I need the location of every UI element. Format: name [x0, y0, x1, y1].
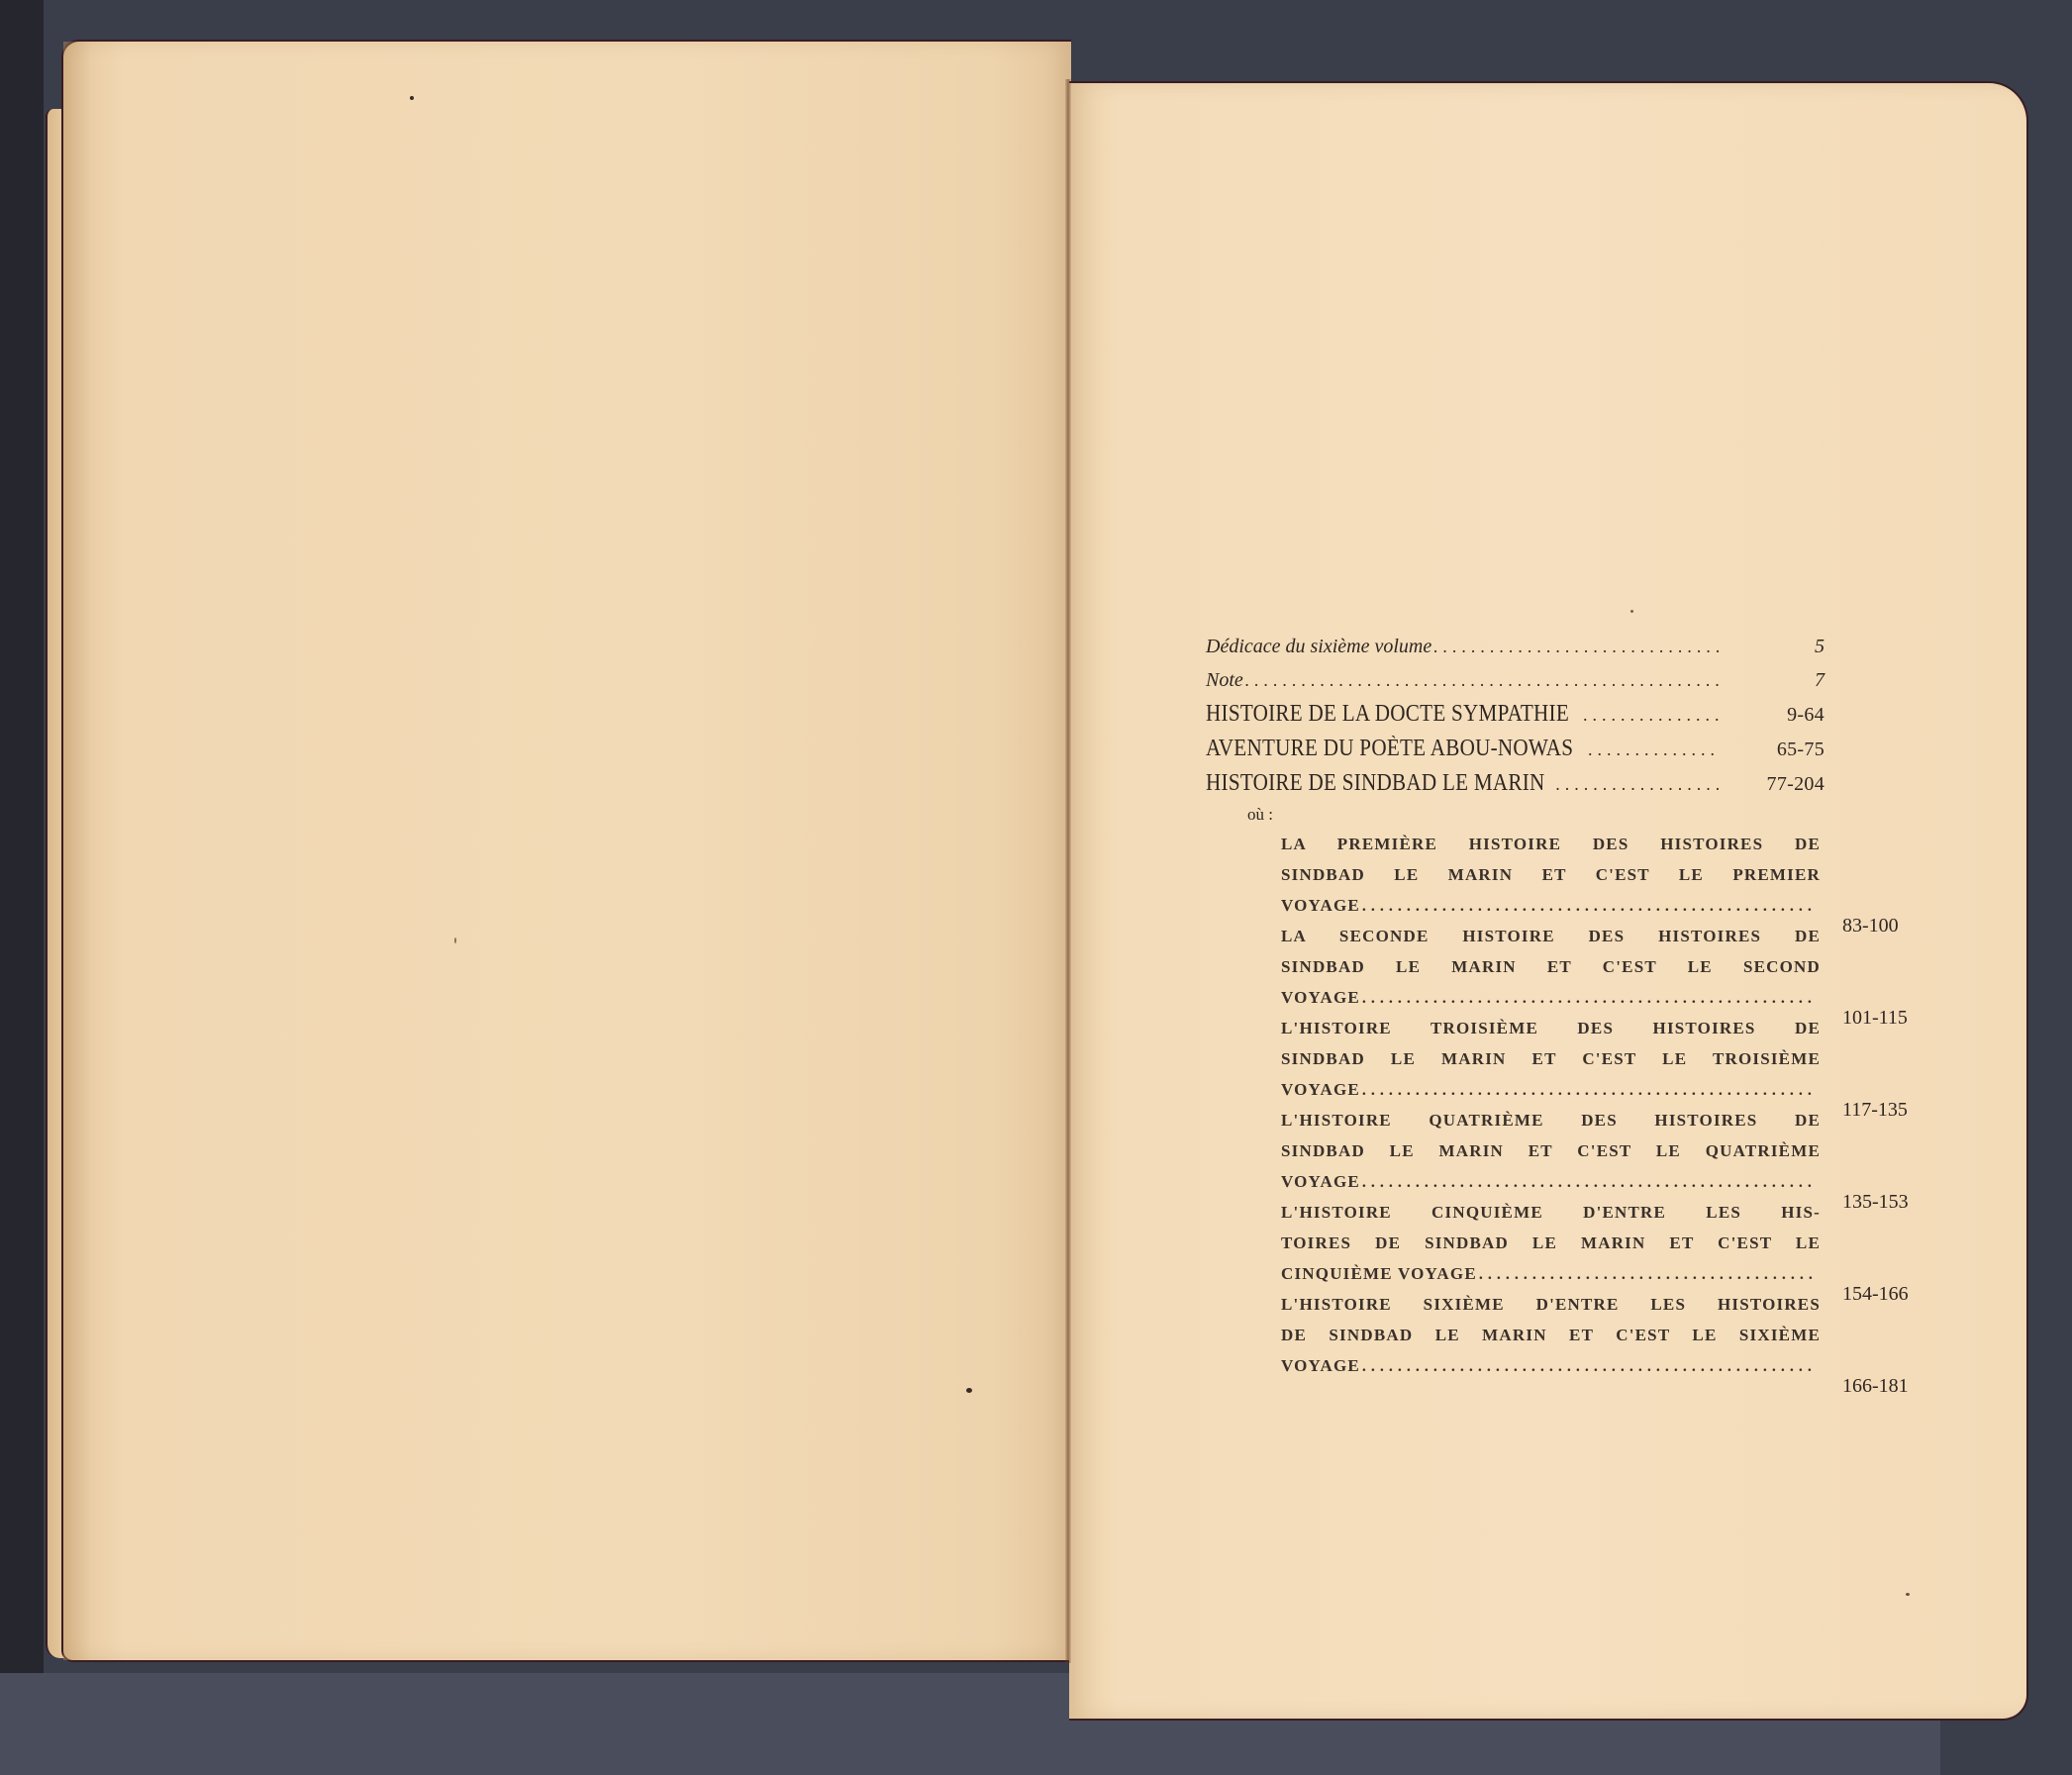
toc-entry: HISTOIRE DE SINDBAD LE MARIN ...........… — [1206, 766, 1825, 801]
toc-sub-line: L'HISTOIRE QUATRIÈME DES HISTOIRES DE — [1281, 1105, 1821, 1135]
toc-sub-line: LA PREMIÈRE HISTOIRE DES HISTOIRES DE — [1281, 829, 1821, 859]
dot-leader: ........................................… — [1245, 671, 1720, 689]
paper-speck — [1906, 1593, 1910, 1596]
book-gutter — [1065, 79, 1071, 1663]
toc-sub-line: DE SINDBAD LE MARIN ET C'EST LE SIXIÈME — [1281, 1320, 1821, 1350]
toc-sub-last-text: VOYAGE — [1281, 982, 1360, 1013]
toc-sub-pages: 154-166 — [1842, 1279, 1909, 1310]
toc-sub-last-line: VOYAGE .................................… — [1281, 982, 1821, 1013]
toc-sub-line: L'HISTOIRE SIXIÈME D'ENTRE LES HISTOIRES — [1281, 1289, 1821, 1320]
toc-sub-last-text: VOYAGE — [1281, 1350, 1360, 1381]
toc-sub-line: LA SECONDE HISTOIRE DES HISTOIRES DE — [1281, 921, 1821, 951]
dot-leader: ........................................… — [1555, 775, 1720, 793]
dot-leader: ........................................… — [1588, 740, 1720, 758]
toc-sub-last-line: CINQUIÈME VOYAGE .......................… — [1281, 1258, 1821, 1289]
toc-sub-line: L'HISTOIRE TROISIÈME DES HISTOIRES DE — [1281, 1013, 1821, 1043]
toc-sub-entry: L'HISTOIRE CINQUIÈME D'ENTRE LES HIS- TO… — [1281, 1197, 1821, 1289]
toc-sub-line: SINDBAD LE MARIN ET C'EST LE SECOND — [1281, 951, 1821, 982]
toc-entry: Note ...................................… — [1206, 663, 1825, 697]
toc-sub-last-text: VOYAGE — [1281, 1074, 1360, 1105]
toc-entry: AVENTURE DU POÈTE ABOU-NOWAS ...........… — [1206, 732, 1825, 766]
dark-background-edge — [0, 0, 44, 1775]
toc-sub-entry: LA PREMIÈRE HISTOIRE DES HISTOIRES DE SI… — [1281, 829, 1821, 921]
dot-leader: ........................................… — [1583, 706, 1720, 724]
toc-entry-title: HISTOIRE DE SINDBAD LE MARIN — [1206, 766, 1545, 801]
toc-sub-entry: L'HISTOIRE SIXIÈME D'ENTRE LES HISTOIRES… — [1281, 1289, 1821, 1381]
toc-sub-last-line: VOYAGE .................................… — [1281, 1166, 1821, 1197]
toc-sub-pages: 101-115 — [1842, 1003, 1908, 1034]
toc-entry-title: AVENTURE DU POÈTE ABOU-NOWAS — [1206, 732, 1573, 766]
dot-leader: ........................................… — [1433, 638, 1720, 655]
toc-sub-last-text: CINQUIÈME VOYAGE — [1281, 1258, 1477, 1289]
toc-sub-last-text: VOYAGE — [1281, 1166, 1360, 1197]
dot-leader: ........................................… — [1362, 1083, 1815, 1099]
dot-leader: ........................................… — [1479, 1267, 1815, 1283]
toc-sub-last-line: VOYAGE .................................… — [1281, 1074, 1821, 1105]
toc-sub-line: SINDBAD LE MARIN ET C'EST LE PREMIER — [1281, 859, 1821, 890]
dot-leader: ........................................… — [1362, 1359, 1815, 1375]
paper-speck — [410, 96, 414, 100]
toc-sub-line: SINDBAD LE MARIN ET C'EST LE QUATRIÈME — [1281, 1135, 1821, 1166]
toc-entry-pages: 65-75 — [1726, 733, 1825, 767]
toc-sub-pages: 83-100 — [1842, 911, 1899, 941]
toc-entry: HISTOIRE DE LA DOCTE SYMPATHIE .........… — [1206, 697, 1825, 732]
toc-sub-line: TOIRES DE SINDBAD LE MARIN ET C'EST LE — [1281, 1228, 1821, 1258]
dot-leader: ........................................… — [1362, 991, 1815, 1007]
toc-entry: Dédicace du sixième volume .............… — [1206, 630, 1825, 663]
toc-sub-last-line: VOYAGE .................................… — [1281, 1350, 1821, 1381]
toc-sub-entry: L'HISTOIRE TROISIÈME DES HISTOIRES DE SI… — [1281, 1013, 1821, 1105]
toc-sub-pages: 166-181 — [1842, 1371, 1909, 1402]
toc-entry-pages: 9-64 — [1726, 698, 1825, 733]
toc-entry-pages: 77-204 — [1726, 767, 1825, 802]
left-page-blank — [61, 40, 1071, 1662]
toc-entry-pages: 5 — [1726, 630, 1825, 663]
dot-leader: ........................................… — [1362, 899, 1815, 915]
toc-sub-pages: 135-153 — [1842, 1187, 1909, 1218]
toc-sub-entry: LA SECONDE HISTOIRE DES HISTOIRES DE SIN… — [1281, 921, 1821, 1013]
toc-entry-title: HISTOIRE DE LA DOCTE SYMPATHIE — [1206, 697, 1569, 732]
toc-entry-pages: 7 — [1726, 663, 1825, 697]
paper-speck — [454, 937, 456, 943]
table-of-contents: Dédicace du sixième volume .............… — [1206, 630, 1825, 1381]
toc-sub-line: L'HISTOIRE CINQUIÈME D'ENTRE LES HIS- — [1281, 1197, 1821, 1228]
toc-connector: où : — [1247, 801, 1825, 829]
toc-sub-last-line: VOYAGE .................................… — [1281, 890, 1821, 921]
toc-entry-title: Dédicace du sixième volume — [1206, 630, 1431, 663]
paper-speck — [966, 1388, 972, 1393]
toc-sub-entry: L'HISTOIRE QUATRIÈME DES HISTOIRES DE SI… — [1281, 1105, 1821, 1197]
toc-sub-pages: 117-135 — [1842, 1095, 1908, 1126]
toc-sub-last-text: VOYAGE — [1281, 890, 1360, 921]
toc-sub-line: SINDBAD LE MARIN ET C'EST LE TROISIÈME — [1281, 1043, 1821, 1074]
dot-leader: ........................................… — [1362, 1175, 1815, 1191]
toc-entry-title: Note — [1206, 663, 1243, 697]
paper-speck — [1630, 610, 1633, 613]
